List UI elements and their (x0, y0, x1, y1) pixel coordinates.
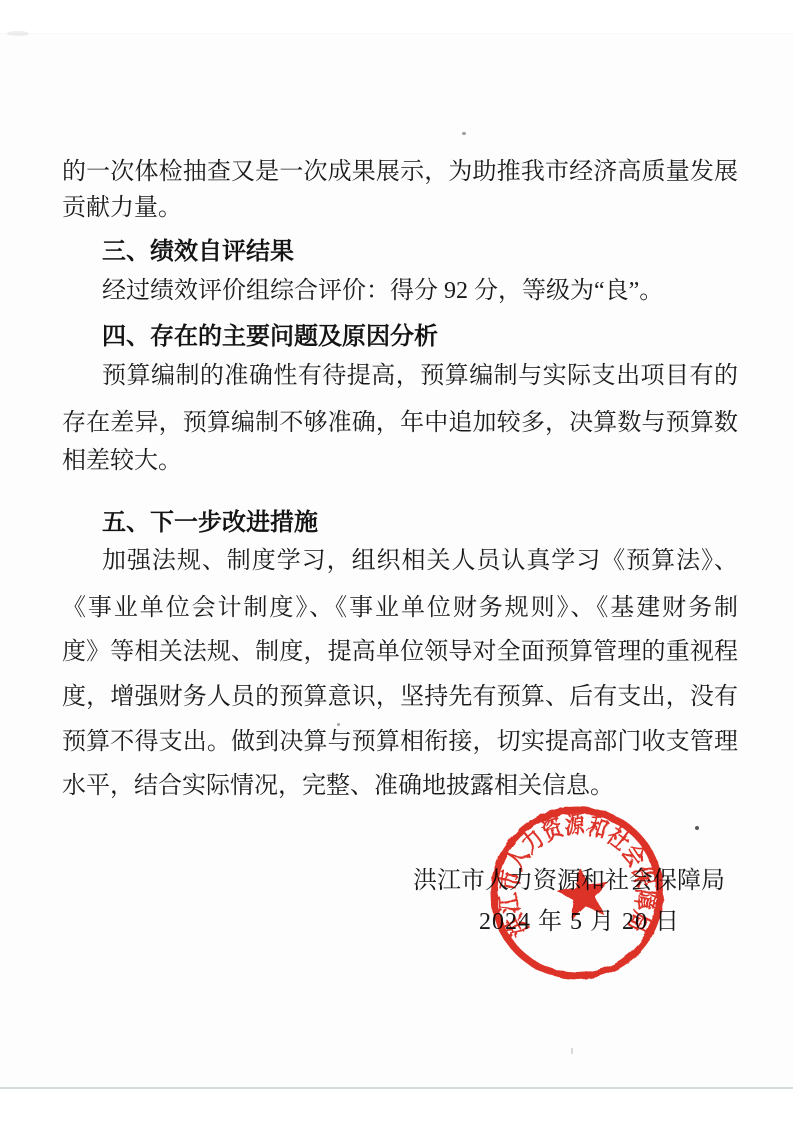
signature-date: 2024 年 5 月 20 日 (479, 905, 680, 939)
paragraph-line: 水平，结合实际情况，完整、准确地披露相关信息。 (62, 769, 738, 803)
paragraph-line: 度，增强财务人员的预算意识，坚持先有预算、后有支出，没有 (62, 680, 738, 714)
signature-org: 洪江市人力资源和社会保障局 (413, 864, 725, 898)
section-heading: 三、绩效自评结果 (62, 235, 738, 269)
scan-background (0, 1089, 793, 1122)
scanned-document-page: { "page": { "background": "#fdfdfd", "te… (0, 0, 793, 1122)
scan-top-edge (0, 0, 793, 34)
paragraph-line: 加强法规、制度学习，组织相关人员认真学习《预算法》、 (62, 544, 738, 578)
paragraph-line: 经过绩效评价组综合评价：得分 92 分，等级为“良”。 (62, 274, 738, 308)
paragraph-line: 《事业单位会计制度》、《事业单位财务规则》、《基建财务制 (62, 591, 738, 625)
scan-smudge (7, 31, 29, 36)
paragraph-line: 预算编制的准确性有待提高，预算编制与实际支出项目有的 (62, 359, 738, 393)
scan-speck (337, 723, 340, 726)
section-heading: 四、存在的主要问题及原因分析 (62, 320, 738, 354)
paragraph-line: 相差较大。 (62, 444, 738, 478)
paragraph-line: 度》等相关法规、制度，提高单位领导对全面预算管理的重视程 (62, 635, 738, 669)
paragraph-line: 贡献力量。 (62, 191, 738, 225)
scan-speck (462, 132, 466, 135)
paragraph-line: 预算不得支出。做到决算与预算相衔接，切实提高部门收支管理 (62, 725, 738, 759)
paragraph-line: 的一次体检抽查又是一次成果展示，为助推我市经济高质量发展 (62, 155, 738, 189)
scan-speck (571, 1048, 573, 1054)
paragraph-line: 存在差异，预算编制不够准确，年中追加较多，决算数与预算数 (62, 406, 738, 440)
section-heading: 五、下一步改进措施 (62, 506, 738, 540)
scan-speck (695, 826, 699, 830)
